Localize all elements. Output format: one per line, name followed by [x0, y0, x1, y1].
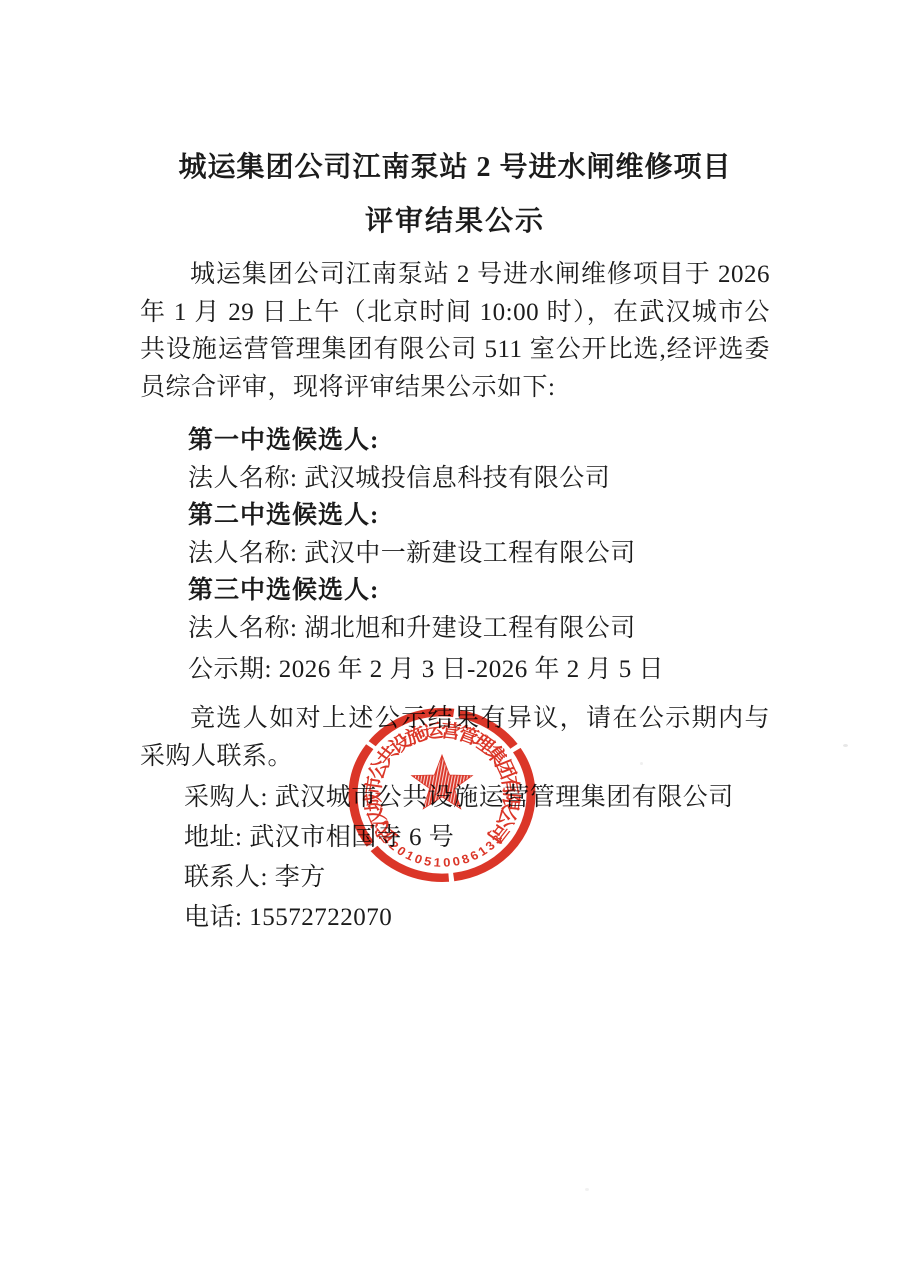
svg-text:0: 0 — [443, 856, 451, 870]
candidate-1-legal-name: 法人名称: 武汉城投信息科技有限公司 — [140, 460, 770, 498]
scan-speck — [585, 1188, 589, 1191]
document-title-line1: 城运集团公司江南泵站 2 号进水闸维修项目 — [140, 150, 770, 186]
candidate-2-heading: 第二中选候选人: — [140, 497, 770, 535]
official-seal: 武汉城市公共设施运营管理集团有限公司42010510086133 — [327, 680, 557, 910]
document-page: 城运集团公司江南泵站 2 号进水闸维修项目 评审结果公示 城运集团公司江南泵站 … — [0, 0, 900, 1272]
candidate-3-legal-name: 法人名称: 湖北旭和升建设工程有限公司 — [140, 610, 770, 648]
svg-text:1: 1 — [433, 856, 441, 870]
scan-speck — [843, 744, 848, 747]
candidate-3-heading: 第三中选候选人: — [140, 572, 770, 610]
seal-group: 武汉城市公共设施运营管理集团有限公司42010510086133 — [353, 712, 531, 878]
svg-text:5: 5 — [423, 854, 433, 869]
document-title-line2: 评审结果公示 — [140, 204, 770, 240]
scan-speck — [640, 762, 643, 765]
seal-star-icon — [412, 755, 473, 809]
candidate-list: 第一中选候选人: 法人名称: 武汉城投信息科技有限公司 第二中选候选人: 法人名… — [140, 422, 770, 647]
intro-paragraph: 城运集团公司江南泵站 2 号进水闸维修项目于 2026 年 1 月 29 日上午… — [140, 256, 770, 406]
candidate-2-legal-name: 法人名称: 武汉中一新建设工程有限公司 — [140, 535, 770, 573]
candidate-1-heading: 第一中选候选人: — [140, 422, 770, 460]
